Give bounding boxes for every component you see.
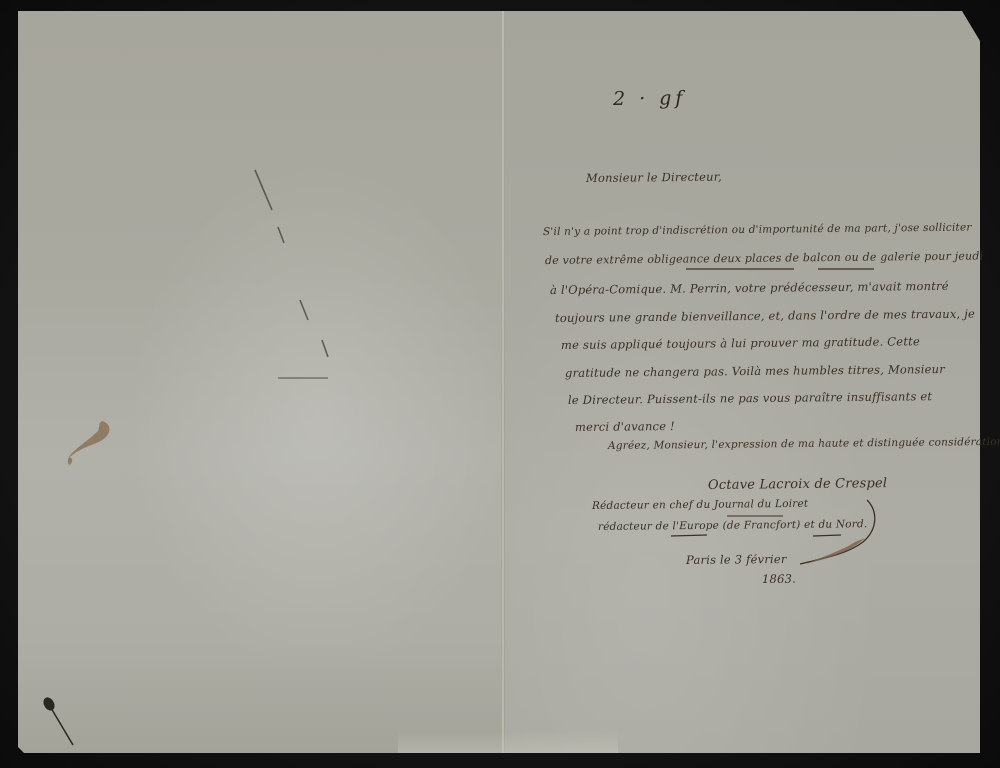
dateline-place-date: Paris le 3 février <box>686 552 787 567</box>
pin-mark <box>40 695 80 750</box>
body-line-8: merci d'avance ! <box>575 419 675 434</box>
salutation: Monsieur le Directeur, <box>586 170 722 185</box>
center-fold <box>501 11 505 753</box>
right-page-letter <box>503 11 980 753</box>
dateline-year: 1863. <box>762 572 796 586</box>
signature-name: Octave Lacroix de Crespel <box>708 476 887 493</box>
pencil-mark <box>250 165 340 385</box>
signature-flourish <box>795 498 880 568</box>
underline-places <box>686 266 946 272</box>
letter-sheet <box>18 11 980 753</box>
bottom-crease <box>398 731 618 753</box>
ink-stain <box>60 415 120 475</box>
signature-title-1: Rédacteur en chef du Journal du Loiret <box>592 498 808 512</box>
reference-mark: 2 · gf <box>613 87 687 110</box>
